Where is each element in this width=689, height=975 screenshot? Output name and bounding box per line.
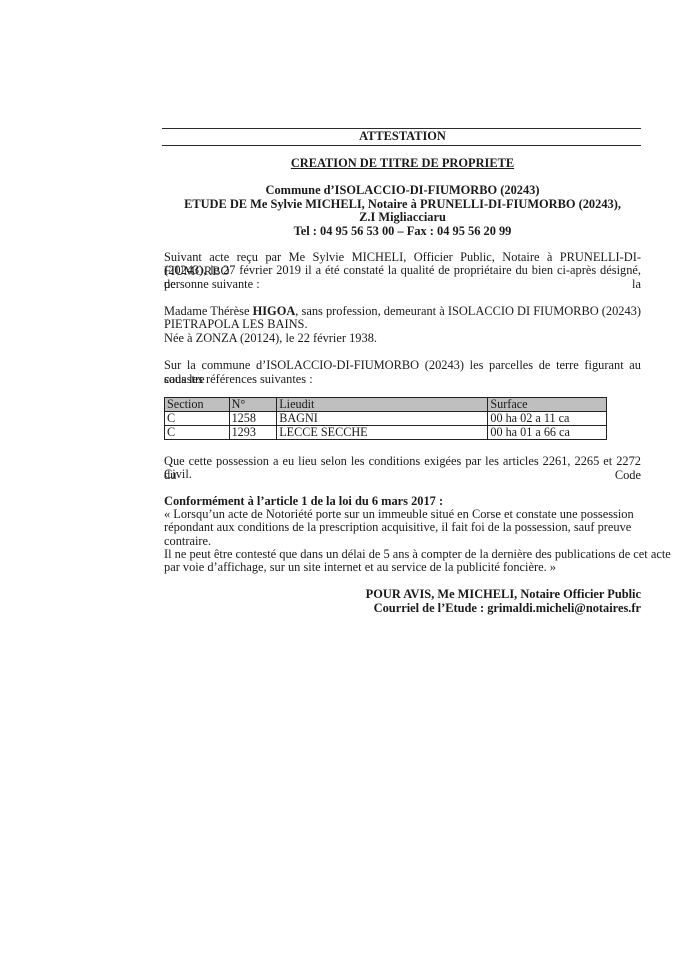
header-surface: Surface — [488, 398, 607, 412]
person-suffix: , sans profession, demeurant à ISOLACCIO… — [295, 304, 641, 318]
person-line-3: Née à ZONZA (20124), le 22 février 1938. — [164, 332, 641, 346]
title-rule — [162, 145, 641, 146]
document-title: ATTESTATION — [164, 130, 641, 144]
signature-email: Courriel de l’Etude : grimaldi.micheli@n… — [164, 602, 641, 616]
header-number: N° — [229, 398, 277, 412]
person-prefix: Madame Thérèse — [164, 304, 253, 318]
cadastre-table: Section N° Lieudit Surface C 1258 BAGNI … — [164, 397, 607, 440]
table-row: C 1258 BAGNI 00 ha 02 a 11 ca — [165, 412, 607, 426]
signature-line-1: POUR AVIS, Me MICHELI, Notaire Officier … — [164, 588, 641, 602]
person-line-2: PIETRAPOLA LES BAINS. — [164, 318, 641, 332]
table-header-row: Section N° Lieudit Surface — [165, 398, 607, 412]
cell-section: C — [165, 426, 230, 440]
possession-line-2: Civil. — [164, 468, 641, 482]
person-surname: HIGOA — [253, 304, 296, 318]
table-row: C 1293 LECCE SECCHE 00 ha 01 a 66 ca — [165, 426, 607, 440]
cell-lieudit: LECCE SECCHE — [277, 426, 488, 440]
cell-number: 1258 — [229, 412, 277, 426]
intro-line-3: personne suivante : — [164, 278, 641, 292]
cell-surface: 00 ha 02 a 11 ca — [488, 412, 607, 426]
cell-section: C — [165, 412, 230, 426]
cell-number: 1293 — [229, 426, 277, 440]
cell-surface: 00 ha 01 a 66 ca — [488, 426, 607, 440]
cell-lieudit: BAGNI — [277, 412, 488, 426]
header-commune: Commune d’ISOLACCIO-DI-FIUMORBO (20243) — [164, 184, 641, 198]
header-section: Section — [165, 398, 230, 412]
law-line-5: par voie d’affichage, sur un site intern… — [164, 561, 641, 575]
law-line-2: répondant aux conditions de la prescript… — [164, 521, 641, 535]
document-subtitle: CREATION DE TITRE DE PROPRIETE — [164, 157, 641, 171]
parcels-intro-line-2: sous les références suivantes : — [164, 373, 641, 387]
header-lieudit: Lieudit — [277, 398, 488, 412]
header-contact: Tel : 04 95 56 53 00 – Fax : 04 95 56 20… — [164, 225, 641, 239]
header-address: Z.I Migliacciaru — [164, 211, 641, 225]
